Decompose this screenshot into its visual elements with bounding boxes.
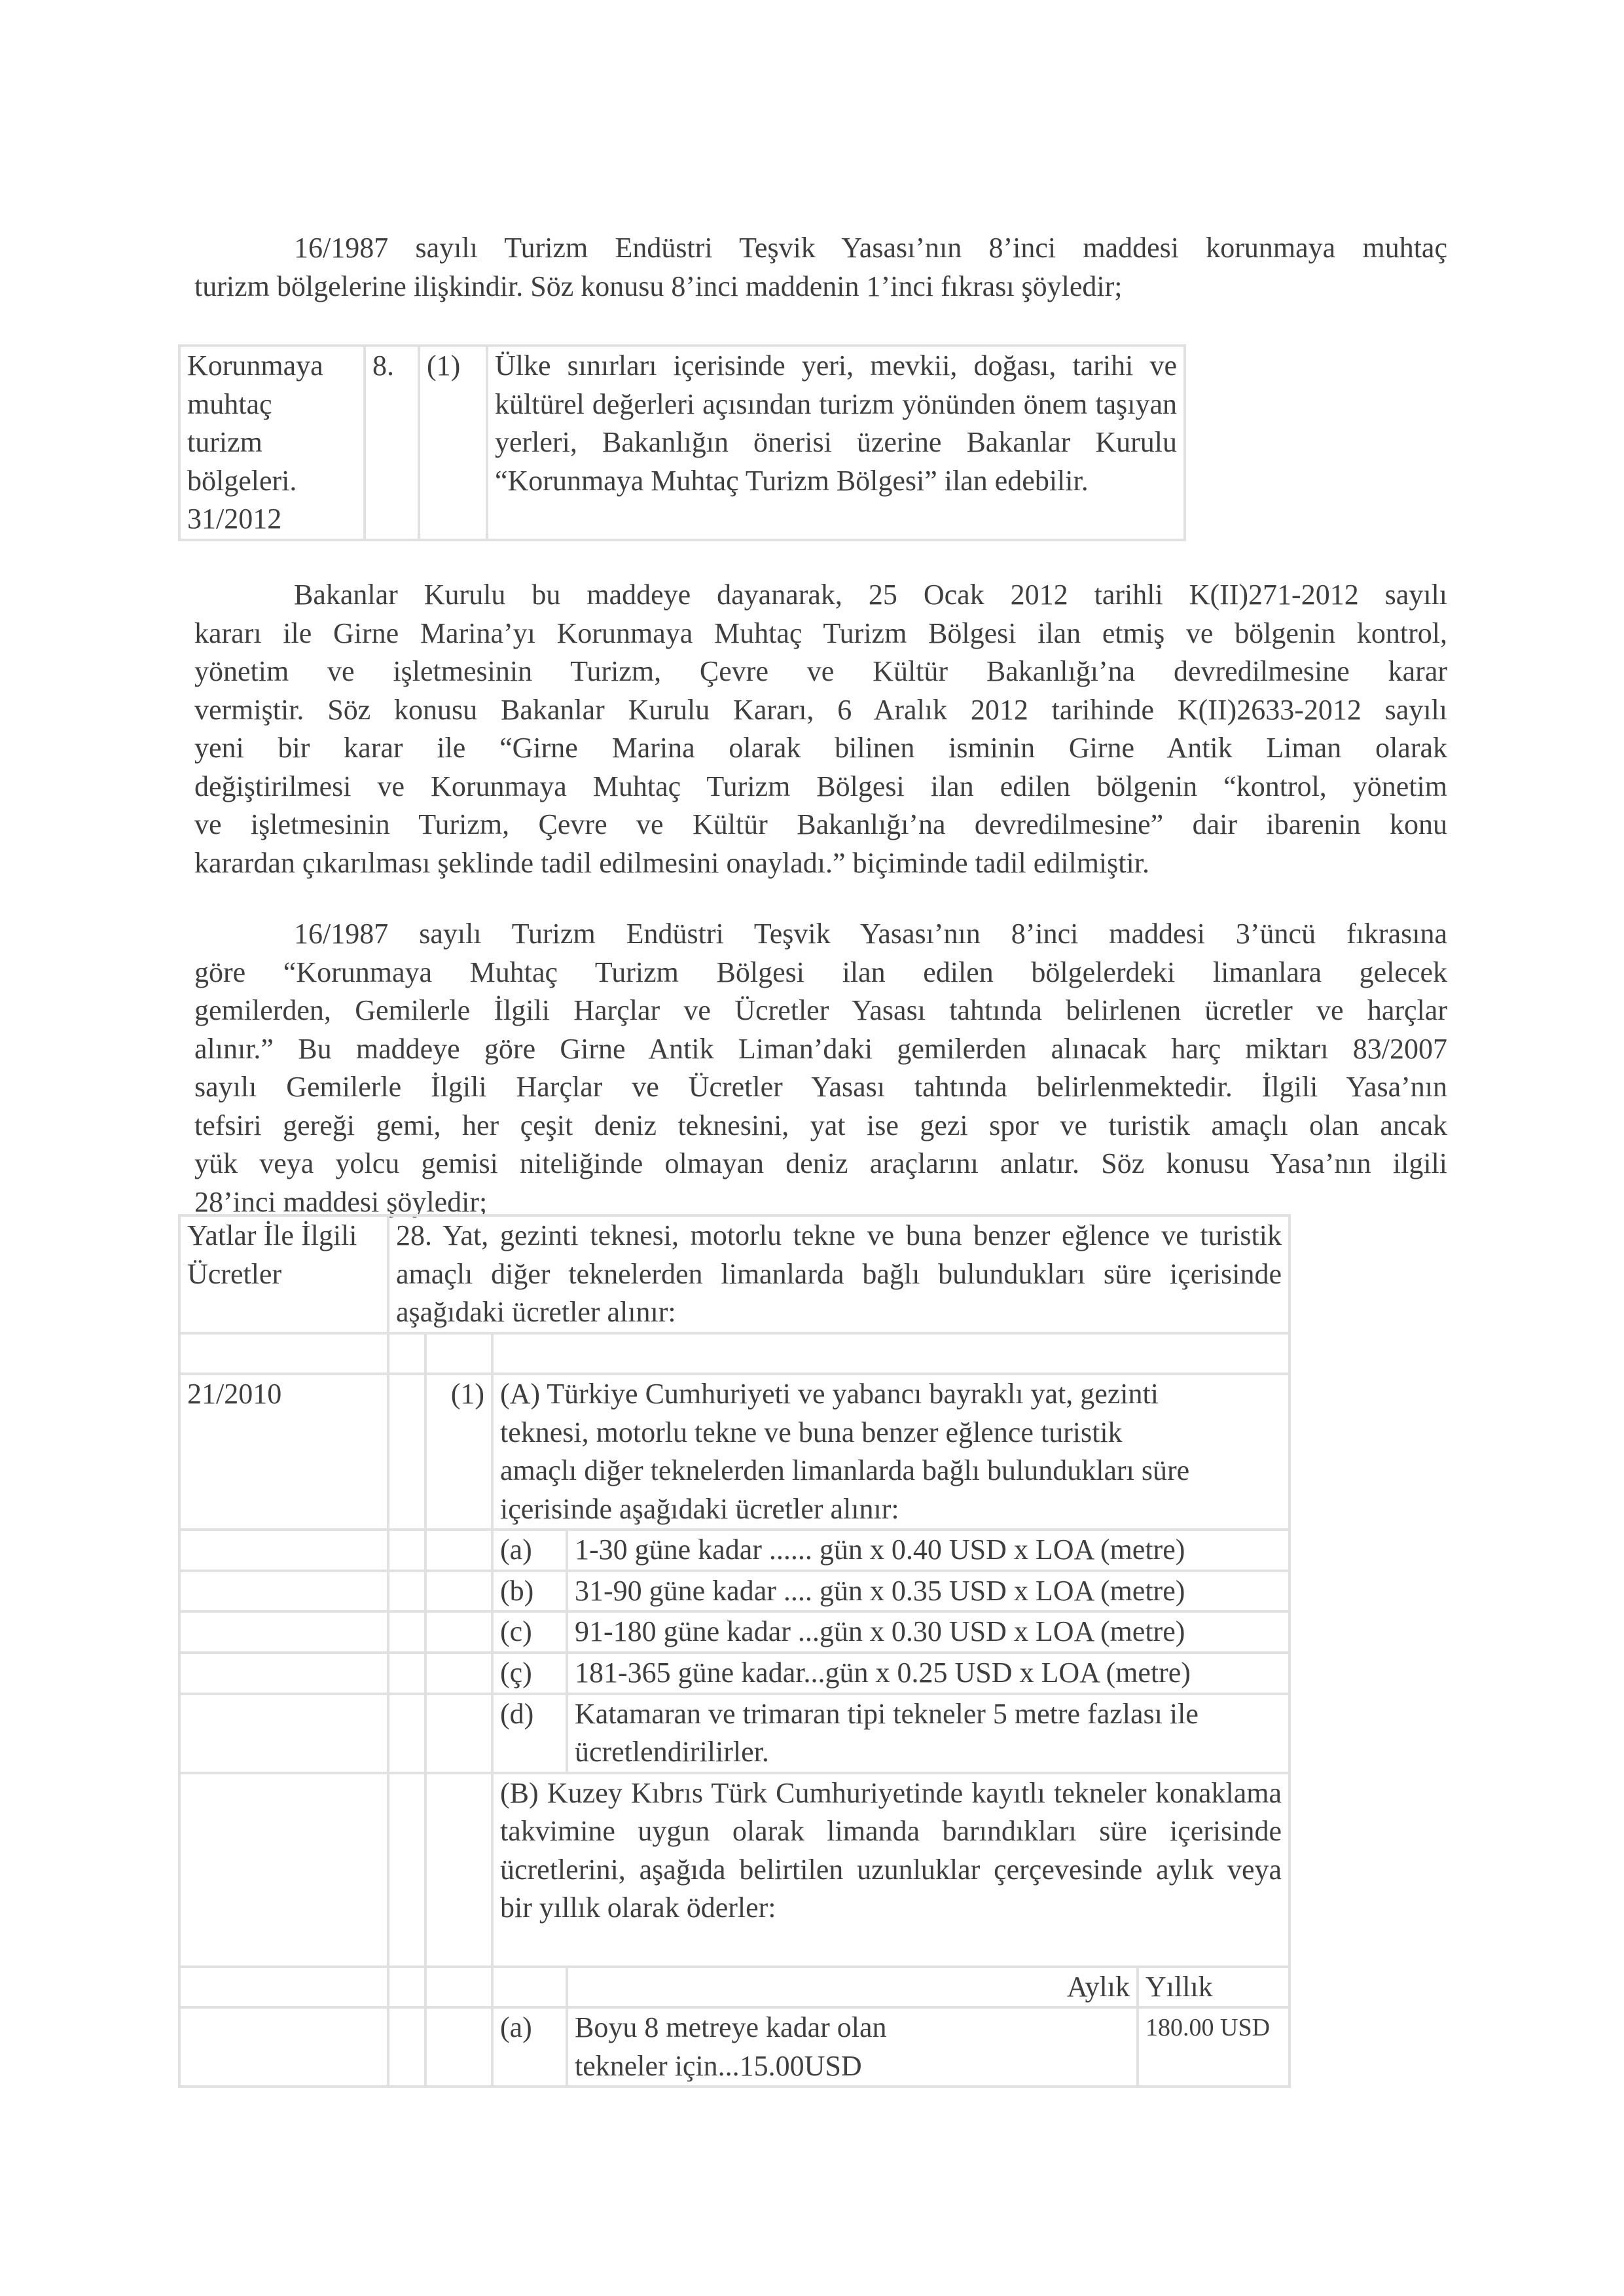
document-page: 16/1987 sayılı Turizm Endüstri Teşvik Ya… xyxy=(0,0,1624,2296)
paragraph-line: karardan çıkarılması şeklinde tadil edil… xyxy=(194,844,1447,883)
column-header-row: Aylık Yıllık xyxy=(179,1967,1290,2008)
col-monthly-header: Aylık xyxy=(567,1967,1138,2008)
margin-title: Yatlar İle İlgili Ücretler xyxy=(179,1215,388,1333)
table-row: 21/2010 (1) (A) Türkiye Cumhuriyeti ve y… xyxy=(179,1374,1290,1530)
margin-note-line: bölgeleri. xyxy=(187,462,357,501)
col-yearly-header: Yıllık xyxy=(1138,1967,1290,2008)
yearly-fee: 180.00 USD xyxy=(1138,2007,1290,2087)
clause-a-text: (A) Türkiye Cumhuriyeti ve yabancı bayra… xyxy=(492,1374,1290,1530)
rate-text: 31-90 güne kadar .... gün x 0.35 USD x L… xyxy=(567,1571,1290,1612)
rate-label: (ç) xyxy=(492,1653,567,1694)
margin-note-line: turizm xyxy=(187,423,357,462)
rate-row: (a) 1-30 güne kadar ...... gün x 0.40 US… xyxy=(179,1530,1290,1571)
rate-label: (a) xyxy=(492,1530,567,1571)
table-row xyxy=(179,1333,1290,1374)
clause-b-text: (B) Kuzey Kıbrıs Türk Cumhuriyetinde kay… xyxy=(492,1773,1290,1967)
rate-text: Katamaran ve trimaran tipi tekneler 5 me… xyxy=(567,1694,1290,1773)
paragraph-line: vermiştir. Söz konusu Bakanlar Kurulu Ka… xyxy=(194,691,1447,730)
margin-note-cell: Korunmaya muhtaç turizm bölgeleri. 31/20… xyxy=(179,346,365,540)
clause-line: amaçlı diğer teknelerden limanlarda bağl… xyxy=(500,1452,1282,1490)
clause-number: (1) xyxy=(419,346,487,540)
rate-label: (c) xyxy=(492,1611,567,1653)
paragraph-line: ve işletmesinin Turizm, Çevre ve Kültür … xyxy=(194,806,1447,844)
table-row: (B) Kuzey Kıbrıs Türk Cumhuriyetinde kay… xyxy=(179,1773,1290,1967)
paragraph-line: göre “Korunmaya Muhtaç Turizm Bölgesi il… xyxy=(194,954,1447,992)
paragraph-line: gemilerden, Gemilerle İlgili Harçlar ve … xyxy=(194,992,1447,1030)
rate-text: 91-180 güne kadar ...gün x 0.30 USD x LO… xyxy=(567,1611,1290,1653)
rate-text: Boyu 8 metreye kadar olan tekneler için.… xyxy=(567,2007,1138,2087)
amendment-ref: 21/2010 xyxy=(179,1374,388,1530)
paragraph-line: tefsiri gereği gemi, her çeşit deniz tek… xyxy=(194,1107,1447,1145)
paragraph-intro: 16/1987 sayılı Turizm Endüstri Teşvik Ya… xyxy=(194,229,1447,306)
paragraph-line: yük veya yolcu gemisi niteliğinde olmaya… xyxy=(194,1145,1447,1183)
paragraph-line: değiştirilmesi ve Korunmaya Muhtaç Turiz… xyxy=(194,768,1447,806)
paragraph-line: 16/1987 sayılı Turizm Endüstri Teşvik Ya… xyxy=(194,229,1447,268)
law-article-8-table: Korunmaya muhtaç turizm bölgeleri. 31/20… xyxy=(178,344,1186,541)
margin-note-line: 31/2012 xyxy=(187,500,357,539)
rate-text: 181-365 güne kadar...gün x 0.25 USD x LO… xyxy=(567,1653,1290,1694)
rate-label: (a) xyxy=(492,2007,567,2087)
article-28-text: 28. Yat, gezinti teknesi, motorlu tekne … xyxy=(388,1215,1290,1333)
law-article-28-table: Yatlar İle İlgili Ücretler 28. Yat, gezi… xyxy=(178,1214,1291,2088)
clause-number: (1) xyxy=(425,1374,492,1530)
paragraph-line: 16/1987 sayılı Turizm Endüstri Teşvik Ya… xyxy=(194,915,1447,954)
rate-row: (c) 91-180 güne kadar ...gün x 0.30 USD … xyxy=(179,1611,1290,1653)
table-row: Korunmaya muhtaç turizm bölgeleri. 31/20… xyxy=(179,346,1185,540)
paragraph-cabinet-decision: Bakanlar Kurulu bu maddeye dayanarak, 25… xyxy=(194,576,1447,882)
clause-line: (A) Türkiye Cumhuriyeti ve yabancı bayra… xyxy=(500,1375,1282,1414)
rate-label: (d) xyxy=(492,1694,567,1773)
paragraph-line: turizm bölgelerine ilişkindir. Söz konus… xyxy=(194,268,1447,306)
paragraph-line: yeni bir karar ile “Girne Marina olarak … xyxy=(194,729,1447,768)
rate-text: 1-30 güne kadar ...... gün x 0.40 USD x … xyxy=(567,1530,1290,1571)
rate-row: (ç) 181-365 güne kadar...gün x 0.25 USD … xyxy=(179,1653,1290,1694)
paragraph-line: sayılı Gemilerle İlgili Harçlar ve Ücret… xyxy=(194,1068,1447,1107)
paragraph-line: yönetim ve işletmesinin Turizm, Çevre ve… xyxy=(194,653,1447,691)
table-row: Yatlar İle İlgili Ücretler 28. Yat, gezi… xyxy=(179,1215,1290,1333)
paragraph-line: kararı ile Girne Marina’yı Korunmaya Muh… xyxy=(194,615,1447,653)
paragraph-line: Bakanlar Kurulu bu maddeye dayanarak, 25… xyxy=(194,576,1447,615)
margin-note-line: muhtaç xyxy=(187,386,357,424)
trnc-rate-row: (a) Boyu 8 metreye kadar olan tekneler i… xyxy=(179,2007,1290,2087)
rate-row: (b) 31-90 güne kadar .... gün x 0.35 USD… xyxy=(179,1571,1290,1612)
margin-note-line: Korunmaya xyxy=(187,347,357,386)
paragraph-fees-law: 16/1987 sayılı Turizm Endüstri Teşvik Ya… xyxy=(194,915,1447,1221)
rate-label: (b) xyxy=(492,1571,567,1612)
article-text: Ülke sınırları içerisinde yeri, mevkii, … xyxy=(487,346,1185,540)
article-number: 8. xyxy=(365,346,419,540)
clause-line: teknesi, motorlu tekne ve buna benzer eğ… xyxy=(500,1414,1282,1452)
clause-line: içerisinde aşağıdaki ücretler alınır: xyxy=(500,1490,1282,1529)
paragraph-line: alınır.” Bu maddeye göre Girne Antik Lim… xyxy=(194,1030,1447,1069)
rate-row: (d) Katamaran ve trimaran tipi tekneler … xyxy=(179,1694,1290,1773)
